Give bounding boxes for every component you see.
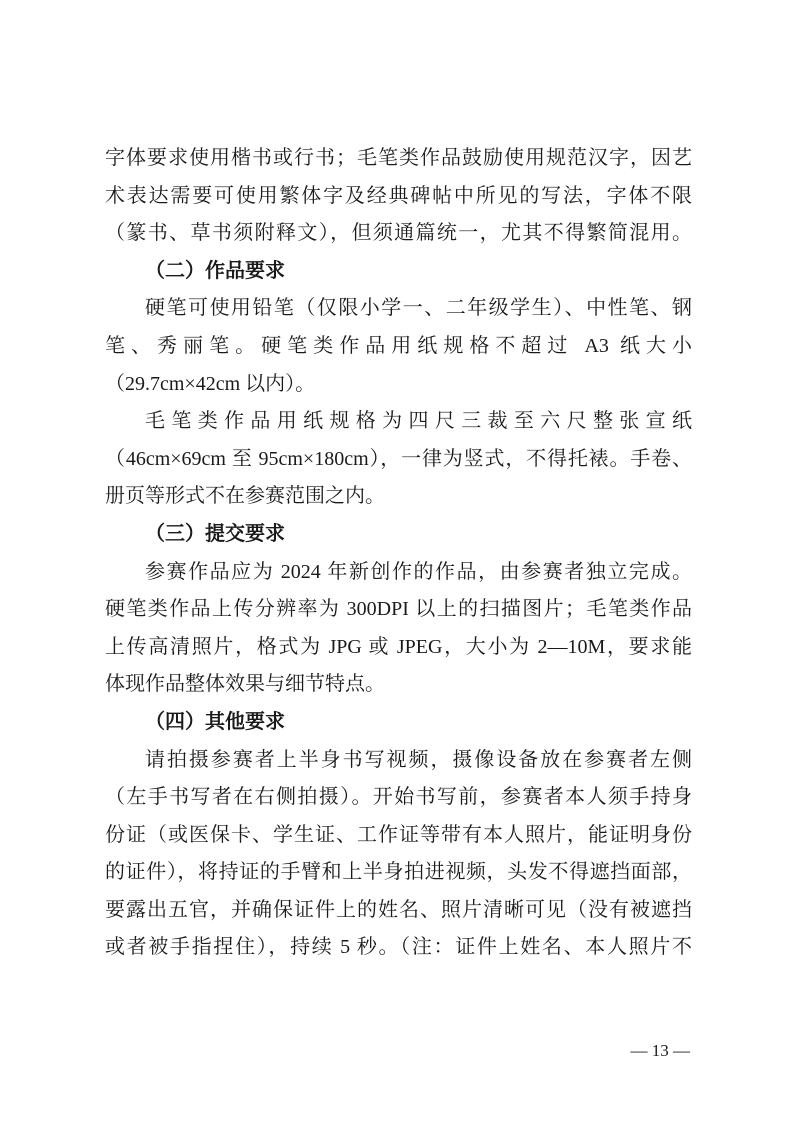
text-line: 笔、秀丽笔。硬笔类作品用纸规格不超过 A3 纸大小 (105, 328, 692, 366)
text-line: 上传高清照片，格式为 JPG 或 JPEG，大小为 2—10M，要求能 (105, 629, 692, 667)
text-line: （篆书、草书须附释文），但须通篇统一，尤其不得繁简混用。 (105, 215, 692, 253)
section-heading-4: （四）其他要求 (105, 704, 692, 742)
text-line: 要露出五官，并确保证件上的姓名、照片清晰可见（没有被遮挡 (105, 892, 692, 930)
text-line: 参赛作品应为 2024 年新创作的作品，由参赛者独立完成。 (105, 554, 692, 592)
text-line: 的证件），将持证的手臂和上半身拍进视频，头发不得遮挡面部， (105, 854, 692, 892)
document-body: 字体要求使用楷书或行书；毛笔类作品鼓励使用规范汉字，因艺 术表达需要可使用繁体字… (105, 140, 692, 967)
text-line: （29.7cm×42cm 以内）。 (105, 366, 692, 404)
text-line: 体现作品整体效果与细节特点。 (105, 666, 692, 704)
page-number: — 13 — (631, 1040, 691, 1062)
text-line: 请拍摄参赛者上半身书写视频，摄像设备放在参赛者左侧 (105, 742, 692, 780)
text-line: 份证（或医保卡、学生证、工作证等带有本人照片，能证明身份 (105, 817, 692, 855)
text-line: （46cm×69cm 至 95cm×180cm），一律为竖式，不得托裱。手卷、 (105, 441, 692, 479)
text-line: 硬笔可使用铅笔（仅限小学一、二年级学生）、中性笔、钢 (105, 290, 692, 328)
text-line: 毛笔类作品用纸规格为四尺三裁至六尺整张宣纸 (105, 403, 692, 441)
text-line: 硬笔类作品上传分辨率为 300DPI 以上的扫描图片；毛笔类作品 (105, 591, 692, 629)
document-page: 字体要求使用楷书或行书；毛笔类作品鼓励使用规范汉字，因艺 术表达需要可使用繁体字… (0, 0, 793, 1122)
section-heading-3: （三）提交要求 (105, 516, 692, 554)
text-line: 术表达需要可使用繁体字及经典碑帖中所见的写法，字体不限 (105, 178, 692, 216)
text-line: 或者被手指捏住），持续 5 秒。（注：证件上姓名、本人照片不 (105, 929, 692, 967)
text-line: 字体要求使用楷书或行书；毛笔类作品鼓励使用规范汉字，因艺 (105, 140, 692, 178)
text-line: 册页等形式不在参赛范围之内。 (105, 478, 692, 516)
section-heading-2: （二）作品要求 (105, 253, 692, 291)
text-line: （左手书写者在右侧拍摄）。开始书写前，参赛者本人须手持身 (105, 779, 692, 817)
